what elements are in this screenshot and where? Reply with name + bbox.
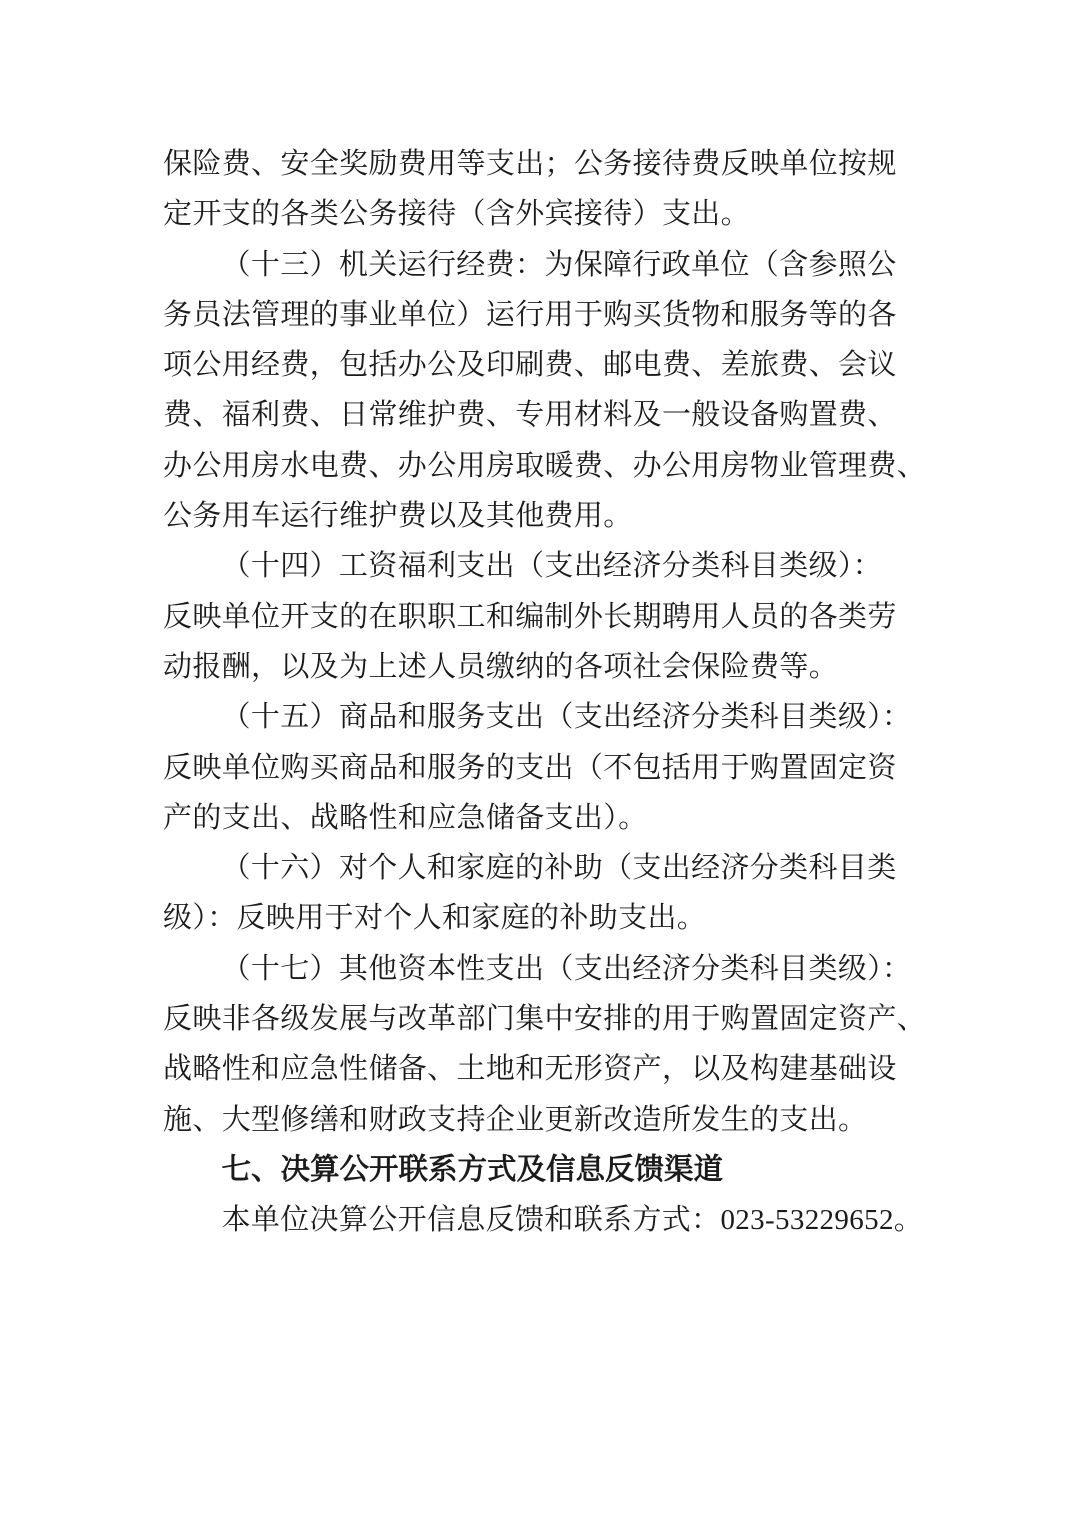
paragraph-line: 定开支的各类公务接待（含外宾接待）支出。 xyxy=(163,189,993,239)
paragraph-line: 办公用房水电费、办公用房取暖费、办公用房物业管理费、 xyxy=(163,441,993,491)
paragraph-line: 动报酬，以及为上述人员缴纳的各项社会保险费等。 xyxy=(163,642,993,692)
document-text-block: 保险费、安全奖励费用等支出；公务接待费反映单位按规 定开支的各类公务接待（含外宾… xyxy=(163,139,993,1246)
paragraph-line: 公务用车运行维护费以及其他费用。 xyxy=(163,491,993,541)
paragraph-line: （十四）工资福利支出（支出经济分类科目类级）： xyxy=(163,541,993,591)
paragraph-line: 费、福利费、日常维护费、专用材料及一般设备购置费、 xyxy=(163,390,993,440)
paragraph-line: 保险费、安全奖励费用等支出；公务接待费反映单位按规 xyxy=(163,139,993,189)
paragraph-line: 产的支出、战略性和应急储备支出）。 xyxy=(163,793,993,843)
paragraph-line: 施、大型修缮和财政支持企业更新改造所发生的支出。 xyxy=(163,1095,993,1145)
paragraph-line: （十三）机关运行经费：为保障行政单位（含参照公 xyxy=(163,240,993,290)
paragraph-line: （十五）商品和服务支出（支出经济分类科目类级）： xyxy=(163,692,993,742)
paragraph-line: 反映单位开支的在职职工和编制外长期聘用人员的各类劳 xyxy=(163,592,993,642)
paragraph-line: （十七）其他资本性支出（支出经济分类科目类级）： xyxy=(163,944,993,994)
paragraph-line: 务员法管理的事业单位）运行用于购买货物和服务等的各 xyxy=(163,290,993,340)
contact-line: 本单位决算公开信息反馈和联系方式：023-53229652。 xyxy=(163,1195,993,1245)
paragraph-line: 反映单位购买商品和服务的支出（不包括用于购置固定资 xyxy=(163,743,993,793)
paragraph-line: 战略性和应急性储备、土地和无形资产，以及构建基础设 xyxy=(163,1044,993,1094)
document-page: 保险费、安全奖励费用等支出；公务接待费反映单位按规 定开支的各类公务接待（含外宾… xyxy=(0,0,1074,1520)
paragraph-line: 反映非各级发展与改革部门集中安排的用于购置固定资产、 xyxy=(163,994,993,1044)
section-heading: 七、决算公开联系方式及信息反馈渠道 xyxy=(163,1145,993,1195)
paragraph-line: （十六）对个人和家庭的补助（支出经济分类科目类 xyxy=(163,843,993,893)
paragraph-line: 项公用经费，包括办公及印刷费、邮电费、差旅费、会议 xyxy=(163,340,993,390)
paragraph-line: 级）：反映用于对个人和家庭的补助支出。 xyxy=(163,893,993,943)
